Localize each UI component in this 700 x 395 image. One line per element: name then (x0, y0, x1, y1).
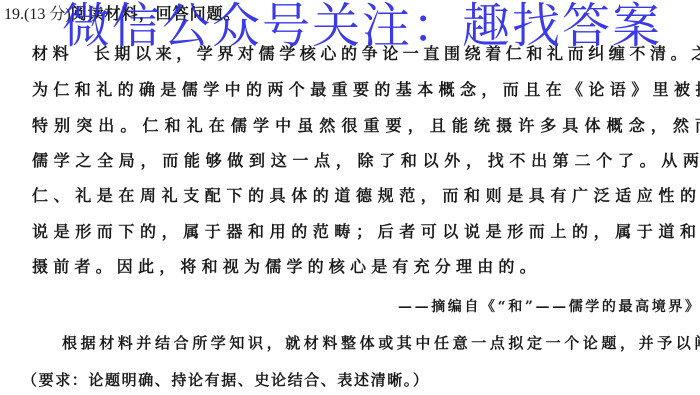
task-prompt: 根据材料并结合所学知识，就材料整体或其中任意一点拟定一个论题，并予以阐述。 (62, 333, 700, 353)
material-line-3: 特别突出。仁和礼在儒学中虽然很重要，且能统摄许多具体概念，然而它们还不能完全统摄 (32, 116, 700, 136)
question-header: 19.(13 分)阅读材料，回答问题。 (4, 4, 241, 25)
material-source: ——摘编自《“和”——儒学的最高境界》 (398, 297, 700, 317)
material-line-7: 摄前者。因此，将和视为儒学的核心是有充分理由的。 (32, 257, 541, 277)
material-line-2: 为仁和礼的确是儒学中的两个最重要的基本概念，而且在《论语》里被提到的次数最多，显… (32, 80, 700, 100)
material-line-5: 仁、礼是在周礼支配下的具体的道德规范，而和则是具有广泛适应性的一般准则。前者可以 (32, 186, 700, 206)
question-points: (13 分) (24, 6, 71, 23)
exam-page: 19.(13 分)阅读材料，回答问题。 材料 长期以来，学界对儒学核心的争论一直… (0, 0, 700, 395)
material-line-1: 材料 长期以来，学界对儒学核心的争论一直围绕着仁和礼而纠缠不清。之所以如此，是因 (32, 44, 700, 64)
material-line-4: 儒学之全局，而能够做到这一点，除了和以外，找不出第二个了。从两者的概念容量来看， (32, 151, 700, 171)
material-line-6: 说是形而下的，属于器和用的范畴；后者可以说是形而上的，属于道和体的范畴，后者可以… (32, 222, 700, 242)
task-requirements: （要求：论题明确、持论有据、史论结合、表述清晰。） (22, 370, 430, 390)
question-instruction: 阅读材料，回答问题。 (71, 4, 241, 23)
question-number: 19. (4, 6, 24, 23)
